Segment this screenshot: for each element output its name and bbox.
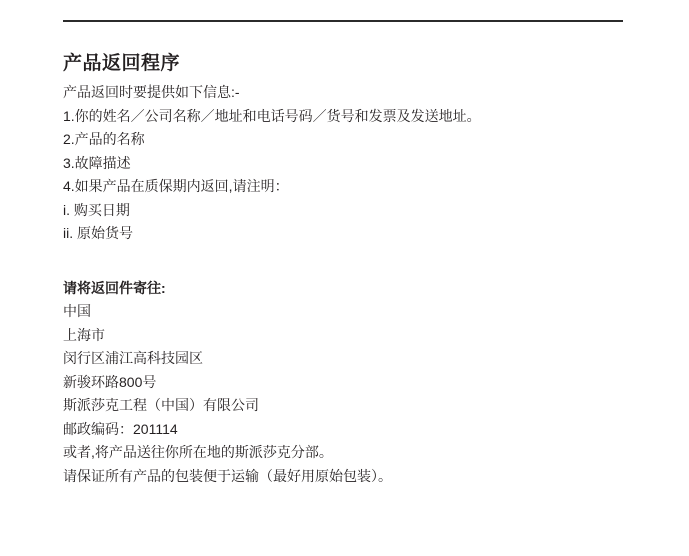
page-title: 产品返回程序 — [63, 52, 628, 76]
shipping-address-section: 请将返回件寄往: 中国 上海市 闵行区浦江高科技园区 新骏环路800号 斯派莎克… — [63, 277, 628, 489]
document-content: 产品返回程序 产品返回时要提供如下信息:- 1.你的姓名／公司名称／地址和电话号… — [63, 52, 628, 488]
address-line-company: 斯派莎克工程（中国）有限公司 — [63, 394, 628, 418]
alternative-note: 或者,将产品送往你所在地的斯派莎克分部。 — [63, 441, 628, 465]
info-subitem: ii. 原始货号 — [63, 222, 628, 246]
top-horizontal-rule — [63, 20, 623, 22]
info-subitem: i. 购买日期 — [63, 199, 628, 223]
address-line-district: 闵行区浦江高科技园区 — [63, 347, 628, 371]
return-info-section: 产品返回时要提供如下信息:- 1.你的姓名／公司名称／地址和电话号码／货号和发票… — [63, 81, 628, 246]
address-line-city: 上海市 — [63, 324, 628, 348]
address-line-country: 中国 — [63, 300, 628, 324]
address-line-street: 新骏环路800号 — [63, 371, 628, 395]
packing-note: 请保证所有产品的包装便于运输（最好用原始包装）。 — [63, 465, 628, 489]
info-item: 1.你的姓名／公司名称／地址和电话号码／货号和发票及发送地址。 — [63, 105, 628, 129]
shipping-heading: 请将返回件寄往: — [63, 277, 628, 301]
info-item: 4.如果产品在质保期内返回,请注明： — [63, 175, 628, 199]
info-item: 2.产品的名称 — [63, 128, 628, 152]
intro-line: 产品返回时要提供如下信息:- — [63, 81, 628, 105]
document-page: 产品返回程序 产品返回时要提供如下信息:- 1.你的姓名／公司名称／地址和电话号… — [0, 0, 689, 556]
info-item: 3.故障描述 — [63, 152, 628, 176]
address-line-postcode: 邮政编码：201114 — [63, 418, 628, 442]
